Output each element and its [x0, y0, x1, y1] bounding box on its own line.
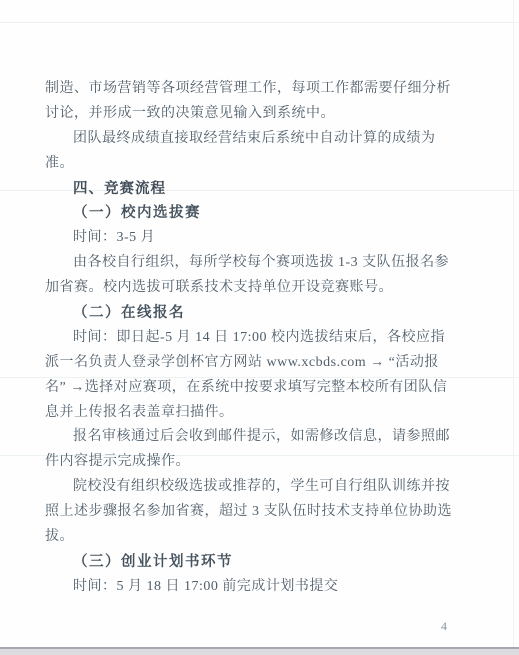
- text-line: 息并上传报名表盖章扫描件。: [45, 401, 473, 426]
- text-line: 拔。: [45, 525, 473, 550]
- subsection-heading: （二）在线报名: [45, 301, 473, 326]
- text-line: 派一名负责人登录学创杯官方网站 www.xcbds.com → “活动报: [45, 351, 473, 376]
- document-body: 制造、市场营销等各项经营管理工作，每项工作都需要仔细分析 讨论，并形成一致的决策…: [45, 77, 473, 600]
- text-line: 时间：即日起-5 月 14 日 17:00 校内选拔结束后，各校应指: [45, 326, 473, 351]
- text-line: 名” →选择对应赛项，在系统中按要求填写完整本校所有团队信: [45, 376, 473, 401]
- text-line: 由各校自行组织，每所学校每个赛项选拔 1-3 支队伍报名参: [45, 251, 473, 276]
- section-heading: 四、竞赛流程: [45, 177, 473, 202]
- text-line: 院校没有组织校级选拔或推荐的，学生可自行组队训练并按: [45, 475, 473, 500]
- text-line: 讨论，并形成一致的决策意见输入到系统中。: [45, 102, 473, 127]
- page-number: 4: [441, 619, 447, 634]
- text-line: 时间：3-5 月: [45, 226, 473, 251]
- subsection-heading: （一）校内选拔赛: [45, 201, 473, 226]
- text-line: 照上述步骤报名参加省赛，超过 3 支队伍时技术支持单位协助选: [45, 500, 473, 525]
- text-line: 时间：5 月 18 日 17:00 前完成计划书提交: [45, 575, 473, 600]
- text-line: 制造、市场营销等各项经营管理工作，每项工作都需要仔细分析: [45, 77, 473, 102]
- text-line: 准。: [45, 152, 473, 177]
- text-line: 件内容提示完成操作。: [45, 450, 473, 475]
- page-right-edge: [513, 0, 514, 648]
- subsection-heading: （三）创业计划书环节: [45, 550, 473, 575]
- scanned-document-page: 制造、市场营销等各项经营管理工作，每项工作都需要仔细分析 讨论，并形成一致的决策…: [0, 0, 519, 655]
- text-line: 报名审核通过后会收到邮件提示，如需修改信息，请参照邮: [45, 425, 473, 450]
- scanner-backdrop: [0, 649, 519, 655]
- text-line: 加省赛。校内选拔可联系技术支持单位开设竞赛账号。: [45, 276, 473, 301]
- scan-artifact-line: [0, 22, 519, 23]
- text-line: 团队最终成绩直接取经营结束后系统中自动计算的成绩为: [45, 127, 473, 152]
